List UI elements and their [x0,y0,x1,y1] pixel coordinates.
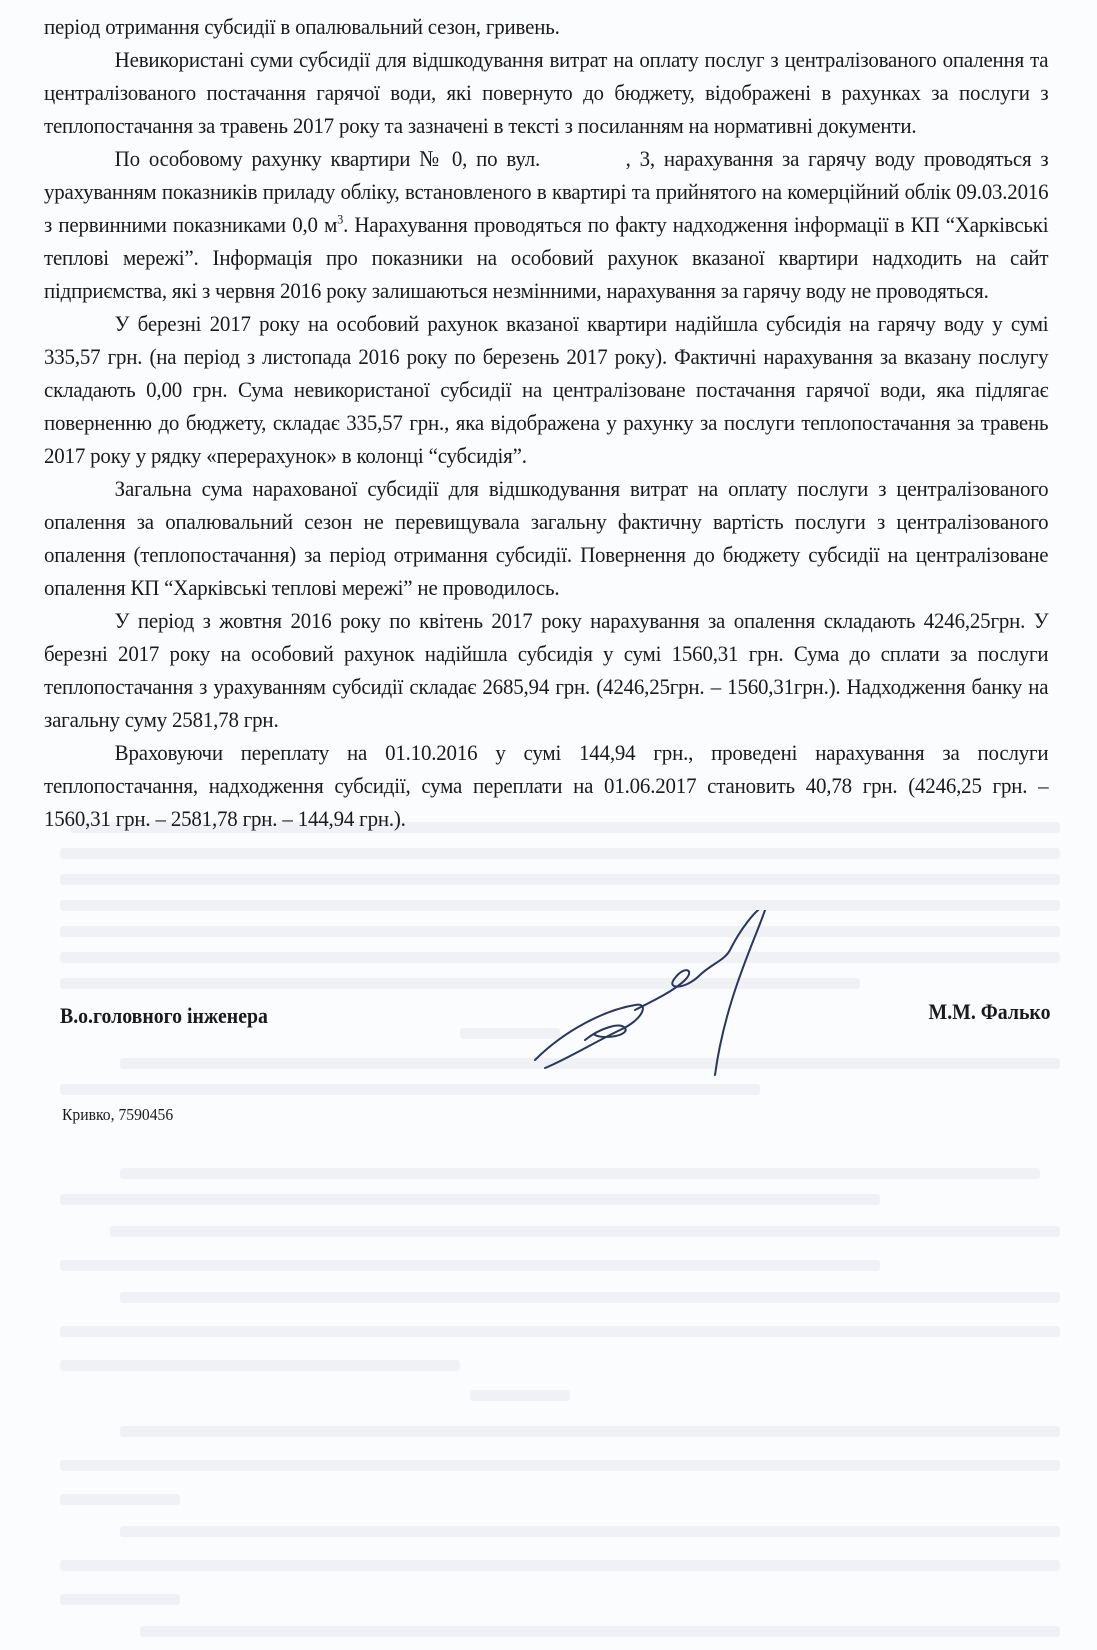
paragraph-2: Невикористані суми субсидії для відшкоду… [44,43,1048,142]
signatory-name: М.М. Фалько [928,999,1050,1025]
paragraph-3-start: По особовому рахунку квартири № 0, по ву… [115,146,540,171]
paragraph-4: У березні 2017 року на особовий рахунок … [44,307,1048,472]
paragraph-3: По особовому рахунку квартири № 0, по ву… [44,142,1048,307]
redacted-street [540,151,626,171]
document-page: період отримання субсидії в опалювальний… [0,0,1097,1650]
paragraph-7: Враховуючи переплату на 01.10.2016 у сум… [44,736,1048,835]
paragraph-6: У період з жовтня 2016 року по квітень 2… [44,604,1048,736]
paragraph-5: Загальна сума нарахованої субсидії для в… [44,472,1048,604]
signatory-title: В.о.головного інженера [60,1003,268,1029]
handwritten-signature [525,910,805,1080]
paragraph-1: період отримання субсидії в опалювальний… [44,10,1048,43]
document-body: період отримання субсидії в опалювальний… [44,10,1050,835]
signature-block: В.о.головного інженера М.М. Фалько [60,1003,1050,1043]
contact-line: Кривко, 7590456 [62,1105,173,1125]
